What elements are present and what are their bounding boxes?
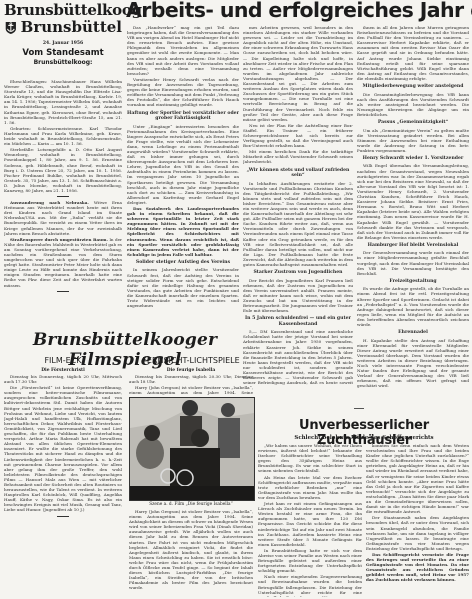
subheading: Starker Zustrom von Jugendlichen bbox=[243, 270, 353, 276]
standesamt-deaths: Sterbefälle: Lotsengehilfe a. D. Otto Ka… bbox=[4, 147, 122, 193]
divider bbox=[57, 516, 69, 517]
left-column: Eheschließungen: Maschinenbauer Hans Wil… bbox=[4, 79, 122, 329]
masthead: Brunsbüttelkoog Brunsbüttel 24. Januar 1… bbox=[4, 2, 122, 66]
subheading: Hamburger Hof bleibt Vereinslokal bbox=[357, 243, 469, 249]
subheading: Solider stetiger Aufstieg des Vereins bbox=[127, 260, 239, 266]
standesamt-births: Geburten: Schlossermeisteranw. Karl Theo… bbox=[4, 126, 122, 146]
paragraph: „Wir haben uns unsere Wohlhat, die wir I… bbox=[258, 443, 362, 474]
paragraph: mes Arbeiten gewesen, weil besonders in … bbox=[243, 25, 353, 122]
paragraph: konnten Sie denn einfach nach dem Westen… bbox=[366, 443, 469, 514]
schedule: Dienstag bis Donnerstag, täglich 20 Uhr,… bbox=[4, 374, 122, 384]
standesamt-title: Vom Standesamt bbox=[4, 48, 122, 58]
subheading: Mitgliederbewegung weiter ansteigend bbox=[357, 84, 469, 90]
paragraph: Um als „Gemeinnütziger Verein“ zu gelten… bbox=[357, 128, 469, 153]
divider bbox=[57, 291, 69, 292]
film-review: Die „Försterchristl“ ist keine Operetten… bbox=[4, 385, 122, 512]
fernsicht-column: Harry (John Gregson) ist stolzer Besitze… bbox=[129, 509, 253, 597]
vfb-column-1: Das „Handwerker“ mag ein gut Teil dazu b… bbox=[127, 25, 239, 330]
zuchthaeusler-column-2: konnten Sie denn einfach nach dem Westen… bbox=[366, 443, 469, 597]
paragraph: Nach einer eingehenden Zeugenvernehmung … bbox=[258, 574, 362, 597]
paragraph: In Brunsbüttelkoog hatte er sich vor dem… bbox=[258, 548, 362, 573]
paragraph: ihnen in all den Jahren ohne Murren getr… bbox=[357, 25, 469, 81]
paragraph: Willi Engel übernahm die Versammlungslei… bbox=[357, 163, 469, 239]
schedule: Dienstag bis Donnerstag, täglich 20.30 U… bbox=[129, 374, 253, 384]
paragraph: Vorsitzender Henry Schwardt verlas nach … bbox=[127, 77, 239, 108]
zuchthaeusler-column-1: „Wir haben uns unsere Wohlhat, die wir I… bbox=[258, 443, 362, 597]
paragraph-bold: Das Schöffengericht verneinte die Frage … bbox=[366, 552, 469, 583]
masthead-date: 24. Januar 1956 bbox=[4, 41, 122, 46]
paragraph: Jetzt kam er mit einem Gefängnisangen au… bbox=[258, 501, 362, 547]
paragraph: H. Kapahnke stellte den Antrag auf Schaf… bbox=[357, 338, 469, 389]
paragraph: Als Heinz das letzte Mal vor dem Itzehoe… bbox=[258, 475, 362, 500]
paragraph: Der Generalversammlung wurde noch einmal… bbox=[357, 250, 469, 275]
divider bbox=[57, 196, 69, 197]
masthead-town-2: Brunsbüttel bbox=[21, 19, 122, 36]
paragraph: In lebhaften Ausführungen erstattete der… bbox=[243, 181, 353, 268]
news-item-emigration: Auswanderung nach Nebraska. Witwe Erna H… bbox=[4, 200, 122, 236]
photo-caption: Szene a. d. Film „Die feurige Isabella“ bbox=[129, 502, 253, 507]
film-title-isabella: Die feurige Isabella bbox=[129, 368, 253, 373]
paragraph: Das „Handwerker“ mag ein gut Teil dazu b… bbox=[127, 25, 239, 76]
standesamt-marriages: Eheschließungen: Maschinenbauer Hans Wil… bbox=[4, 79, 122, 125]
end-divider bbox=[354, 408, 364, 409]
masthead-town-1: Brunsbüttelkoog bbox=[4, 2, 122, 19]
subheading: Henry Schwardt wieder 1. Vorsitzender bbox=[357, 156, 469, 162]
cinema-name-film-eck: FILM-ECK bbox=[4, 356, 122, 365]
film-review-continued: Harry (John Gregson) ist stolzer Besitze… bbox=[129, 509, 253, 591]
paragraph: Neu ist der Plan für die Aufstellung ein… bbox=[243, 123, 353, 148]
vfb-headline: Arbeits- und erfolgreiches Jahr des VfB bbox=[126, 0, 472, 22]
paragraph: Die Gesamtmitgliederbewegung des VfB kan… bbox=[357, 92, 469, 117]
subheading: „Wir können stets und vollauf zufrieden … bbox=[243, 168, 353, 179]
subheading: In 5 Jahren schuldenfrei — und ein guter… bbox=[243, 316, 353, 327]
film-review: Harry (John Gregson) ist stolzer Besitze… bbox=[129, 385, 253, 396]
paragraph: Der Staatsanwalt nahm dem Angeklagten be… bbox=[366, 515, 469, 551]
paragraph-bold: Das Sozialwerk des Landessportverbandes … bbox=[127, 206, 239, 257]
anchor-crest-icon bbox=[4, 20, 18, 36]
paragraph: Mit einem herzlichen Dank für die tatkrä… bbox=[243, 149, 353, 164]
zuchthaeusler-subheadline: Schlecht belohnte Milde des Schöffengeri… bbox=[256, 435, 472, 441]
subheading: Freizeitgestaltung bbox=[357, 279, 469, 285]
subheading: Haftung der Sportler bei vorsätzlicher o… bbox=[127, 111, 239, 122]
paragraph: Unter „Eingänge“ interessierten besonder… bbox=[127, 124, 239, 206]
paragraph: 5,— DM Kassenbestand und eine ansehnlich… bbox=[243, 329, 353, 385]
subheading: Ehrennadel bbox=[357, 330, 469, 336]
vfb-column-2: mes Arbeiten gewesen, weil besonders in … bbox=[243, 25, 353, 385]
newspaper-page: Brunsbüttelkoog Brunsbüttel 24. Januar 1… bbox=[0, 0, 472, 599]
paragraph: In seinem Jahresbericht stellte Vorsitze… bbox=[127, 267, 239, 308]
paragraph: Der Bericht des Jugendleiters Karl Pranz… bbox=[243, 278, 353, 314]
vfb-column-3: ihnen in all den Jahren ohne Murren getr… bbox=[357, 25, 469, 403]
news-item-tree: Straßensperre durch umgestürzten Baum. I… bbox=[4, 237, 122, 288]
fernsicht-intro: Dienstag bis Donnerstag, täglich 20.30 U… bbox=[129, 374, 253, 396]
standesamt-subtitle: Brunsbüttelkoog: bbox=[4, 59, 122, 66]
paragraph: Es wurde die Anfrage gestellt, ob die Tu… bbox=[357, 286, 469, 327]
film-eck-column: Dienstag bis Donnerstag, täglich 20 Uhr,… bbox=[4, 374, 122, 534]
subheading: Passus „Gemeinnützigkeit“ bbox=[357, 120, 469, 126]
masthead-row-2: Brunsbüttel bbox=[4, 19, 122, 36]
film-scene-illustration bbox=[130, 398, 254, 500]
film-still-photo bbox=[129, 397, 255, 501]
cinema-name-fernsicht: FERNSICHT-LICHTSPIELE bbox=[129, 356, 253, 365]
film-title-forsterchristl: Die Försterchristl bbox=[4, 368, 122, 373]
